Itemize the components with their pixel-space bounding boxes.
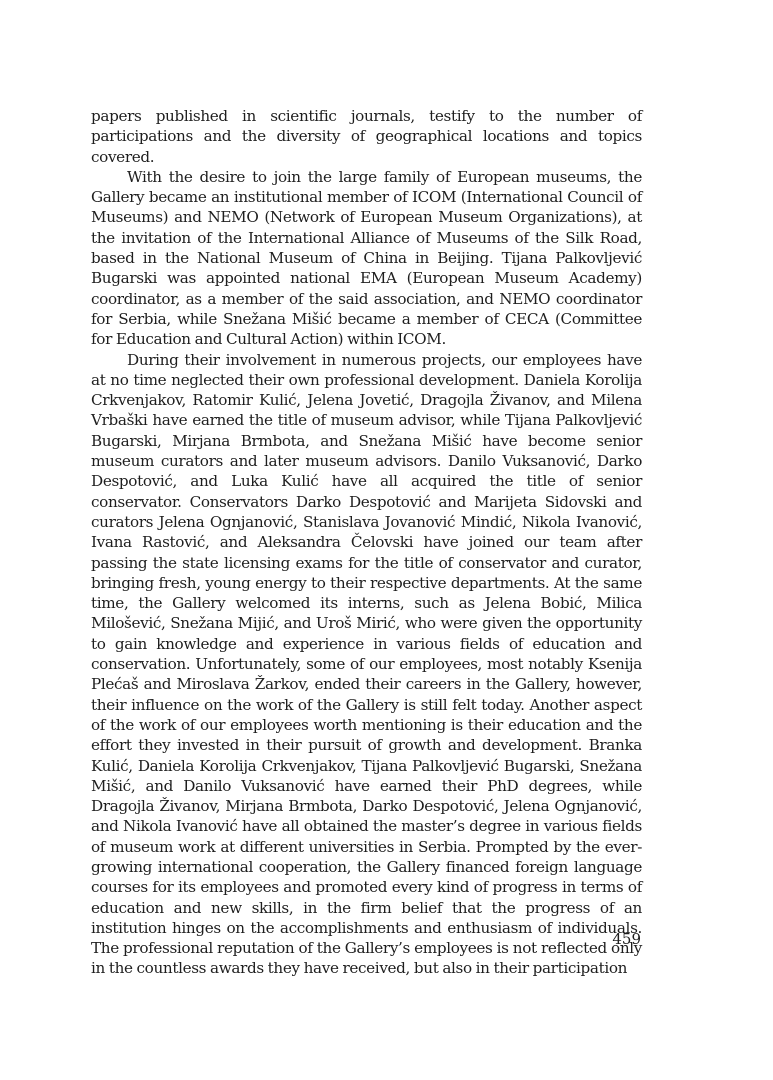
paragraph-publications-summary: papers published in scientific journals,… [91,106,642,167]
paragraph-international-memberships: With the desire to join the large family… [91,167,642,350]
paragraph-professional-development: During their involvement in numerous pro… [91,350,642,979]
page-body: papers published in scientific journals,… [91,106,642,979]
page-number: 459 [612,930,641,948]
